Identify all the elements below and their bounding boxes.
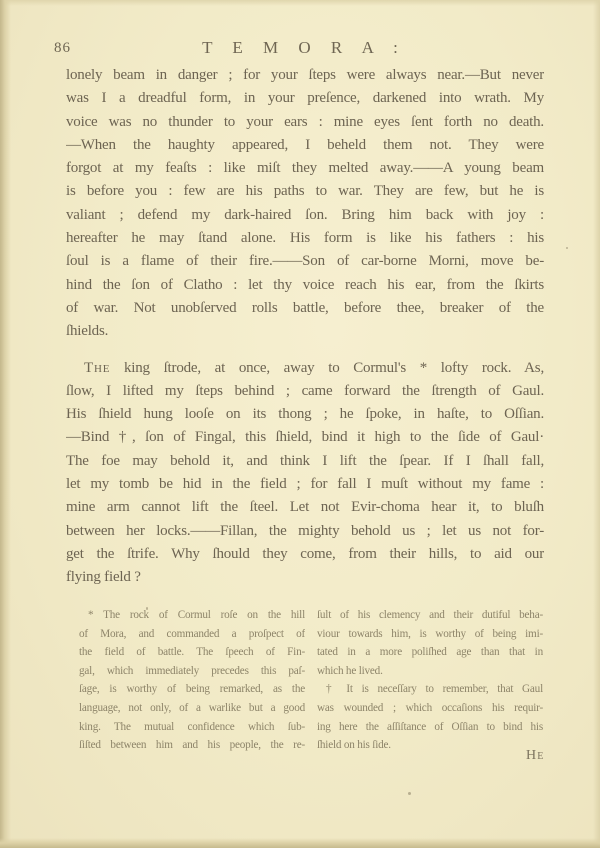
catchword: He bbox=[526, 748, 545, 764]
page-edge-top bbox=[0, 0, 600, 6]
body-line: is before you : few are his paths to war… bbox=[66, 180, 544, 203]
paragraph-1-lines: lonely beam in danger ; for your ſteps w… bbox=[66, 64, 544, 320]
footnote-line: ſiſted between him and his people, the r… bbox=[79, 736, 305, 755]
paragraph-2: The king ſtrode, at once, away to Cormul… bbox=[66, 357, 544, 590]
body-line: voice was no thunder to your ears : mine… bbox=[66, 111, 544, 134]
body-line-text: king ſtrode, at once, away to Cormul's *… bbox=[110, 360, 544, 376]
footnote-line: * The rock of Cormul roſe on the hill bbox=[79, 606, 305, 625]
lead-word-smallcaps: The bbox=[84, 360, 110, 376]
footnote-line: king. The mutual confidence which ſub- bbox=[79, 718, 305, 737]
body-line: was I a dreadful form, in your preſence,… bbox=[66, 87, 544, 110]
body-line: forgot at my feaſts : like miſt they mel… bbox=[66, 157, 544, 180]
footnote-line: ſhield on his ſide. bbox=[317, 736, 543, 755]
body-line: get the ſtrife. Why ſhould they come, fr… bbox=[66, 543, 544, 566]
body-line: The foe may behold it, and think I lift … bbox=[66, 450, 544, 473]
footnote-line: ing here the aſſiſtance of Oſſian to bin… bbox=[317, 718, 543, 737]
footnote-column-left: * The rock of Cormul roſe on the hillof … bbox=[79, 606, 305, 755]
page-edge-left bbox=[0, 0, 11, 848]
footnotes: * The rock of Cormul roſe on the hillof … bbox=[79, 606, 543, 755]
footnote-line: of Mora, and commanded a proſpect of bbox=[79, 625, 305, 644]
footnote-line: which he lived. bbox=[317, 662, 543, 681]
footnote-line: was wounded ; which occaſions his requir… bbox=[317, 699, 543, 718]
body-line: His ſhield hung looſe on its thong ; he … bbox=[66, 403, 544, 426]
footnote-line: viour towards him, is worthy of being im… bbox=[317, 625, 543, 644]
paragraph-1: lonely beam in danger ; for your ſteps w… bbox=[66, 64, 544, 344]
footnote-line: † It is neceſſary to remember, that Gaul bbox=[317, 680, 543, 699]
running-head-title: T E M O R A : bbox=[0, 38, 600, 58]
footnote-line: tated in a more poliſhed age than that i… bbox=[317, 643, 543, 662]
body-line: lonely beam in danger ; for your ſteps w… bbox=[66, 64, 544, 87]
body-line: ſoul is a flame of their fire.——Son of c… bbox=[66, 250, 544, 273]
body-line: ſhields. bbox=[66, 320, 544, 343]
body-line: The king ſtrode, at once, away to Cormul… bbox=[66, 357, 544, 380]
page-edge-right bbox=[593, 0, 600, 848]
body-line: mine arm cannot lift the ſteel. Let not … bbox=[66, 496, 544, 519]
body-line: hereafter he may ſtand alone. His form i… bbox=[66, 227, 544, 250]
footnote-column-right: ſult of his clemency and their dutiful b… bbox=[317, 606, 543, 755]
body-line: between her locks.——Fillan, the mighty b… bbox=[66, 520, 544, 543]
footnote-line: gal, which immediately precedes this paſ… bbox=[79, 662, 305, 681]
book-page: 86 T E M O R A : lonely beam in danger ;… bbox=[0, 0, 600, 848]
body-line: flying field ? bbox=[66, 566, 544, 589]
page-edge-bottom bbox=[0, 838, 600, 848]
body-line: let my tomb be hid in the field ; for fa… bbox=[66, 473, 544, 496]
body-text: lonely beam in danger ; for your ſteps w… bbox=[66, 64, 544, 590]
footnote-line: language, not only, of a warlike but a g… bbox=[79, 699, 305, 718]
body-line: hind the ſon of Clatho : let thy voice r… bbox=[66, 274, 544, 297]
paragraph-2-lines: ſlow, I lifted my ſteps behind ; came fo… bbox=[66, 380, 544, 566]
paper-speck bbox=[408, 792, 411, 795]
body-line: ſlow, I lifted my ſteps behind ; came fo… bbox=[66, 380, 544, 403]
body-line: valiant ; defend my dark-haired ſon. Bri… bbox=[66, 204, 544, 227]
body-line: —Bind †, ſon of Fingal, this ſhield, bin… bbox=[66, 426, 544, 449]
body-line: of war. Not unobſerved rolls battle, bef… bbox=[66, 297, 544, 320]
footnote-line: ſult of his clemency and their dutiful b… bbox=[317, 606, 543, 625]
footnote-line: ſage, is worthy of being remarked, as th… bbox=[79, 680, 305, 699]
paper-speck bbox=[566, 247, 568, 249]
footnote-line: the field of battle. The ſpeech of Fin- bbox=[79, 643, 305, 662]
body-line: —When the haughty appeared, I beheld the… bbox=[66, 134, 544, 157]
